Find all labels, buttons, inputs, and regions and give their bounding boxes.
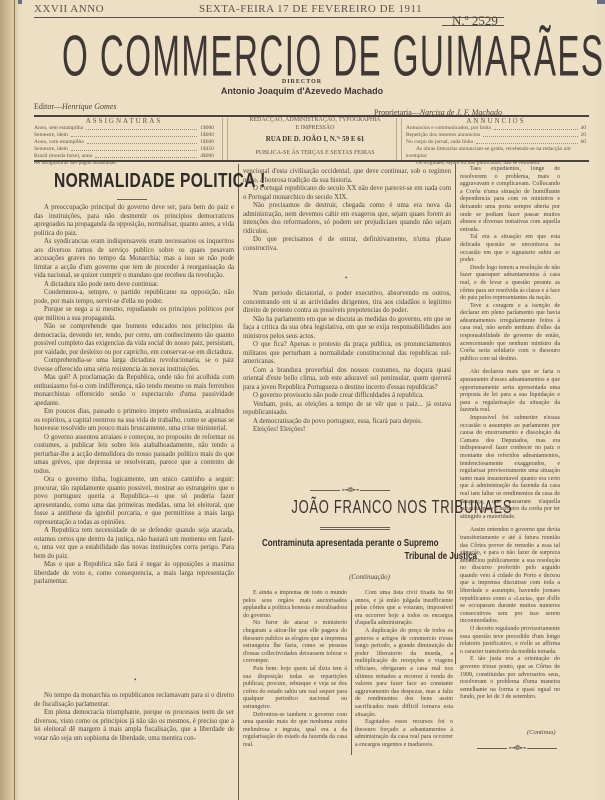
paragraph: O governo assentou arraiaes e começou, n… (34, 434, 234, 477)
paragraph: N'um periodo dictatorial, o poder execut… (243, 290, 451, 316)
row-label: Repetição dos mesmos annuncios (406, 132, 480, 139)
row-label: Semestre, idem (34, 146, 68, 153)
newspaper-page: XXVII ANNO SEXTA-FEIRA 17 DE FEVEREIRO D… (22, 0, 597, 800)
subscription-row: Anno, sem estampilha1$000 (34, 125, 214, 132)
divider (34, 17, 504, 18)
row-label: Semestre, idem (34, 132, 68, 139)
row-price: 20 (581, 132, 587, 139)
paragraph: Ahi declarou mais que se faria o apurame… (460, 369, 560, 415)
paragraph: A preoccupação principal do governo deve… (34, 204, 234, 238)
announcements-note: As obras litterarias annunciam-se gratis… (406, 146, 586, 160)
paragraph: Mas o que a Republica não fará é negar á… (34, 561, 234, 587)
paragraph: O governo provisorio não pode crear diff… (243, 392, 451, 401)
paragraph: Em plena democracia triumphante, porque … (34, 709, 234, 743)
continues-note: (Continua) (527, 729, 556, 736)
director-label: DIRECTOR (22, 79, 582, 85)
subhead-line2: Tribunal de Justiça (305, 550, 477, 563)
column-rule (238, 164, 239, 800)
announcements-heading: ANNUNCIOS (406, 118, 586, 125)
paragraph: A democratisação do povo portuguez, essa… (243, 418, 451, 427)
paragraph: Teve a coragem e a isenção de declarar e… (460, 303, 560, 364)
headline-rule (320, 529, 390, 530)
paragraph: Assim entendeu o governo que devia trans… (460, 527, 560, 626)
ornamental-divider: ⊶❁⊷ (310, 486, 390, 494)
paragraph: Do que precisamos é de entrar, definitiv… (243, 236, 451, 253)
row-label: Anno, sem estampilha (34, 125, 83, 132)
paragraph: Não precisamos de destruir, chegada como… (243, 202, 451, 236)
row-label: Annuncios e communicados, por linha (406, 125, 491, 132)
binding-spine (0, 0, 18, 800)
section-separator-star: • (134, 676, 136, 684)
headline-rule (117, 199, 147, 200)
paragraph: Porque se nega a si mesmo, repudiando os… (34, 306, 234, 323)
paragraph: A dictadura não pode nem deve continuar. (34, 281, 234, 290)
article2-column-a: E ainda a imprensa de todo o mundo pelos… (243, 590, 347, 755)
article1-column2: vencional d'esta civilisação occidental,… (243, 168, 451, 266)
article-subheadline: Contraminuta apresentada perante o Supre… (262, 537, 477, 563)
paragraph: E tão justa era a orientação do governo … (460, 656, 560, 702)
column-ornament (396, 118, 402, 160)
paragraph: O Portugal republicano do seculo XX não … (243, 185, 451, 202)
column-rule (455, 164, 456, 664)
article-headline: NORMALIDADE POLITICA ! (54, 170, 210, 193)
office-box: REDACÇÃO, ADMINISTRAÇÃO, TYPOGRAPHIA E I… (245, 116, 385, 157)
paragraph: No tempo da monarchia os republicanos re… (34, 692, 234, 709)
header-rule (34, 160, 589, 162)
paragraph: Não ha parlamento em que se discuta as m… (243, 316, 451, 342)
section-separator-star: • (345, 274, 347, 282)
article1-column2-continued: N'um periodo dictatorial, o poder execut… (243, 290, 451, 460)
editor-credit: Editor—Henrique Gomes (34, 102, 116, 111)
director-name: Antonio Joaquim d'Azevedo Machado (22, 86, 582, 96)
subhead-line1: Contraminuta apresentada perante o Supre… (262, 537, 434, 550)
row-price: 4$000 (200, 153, 214, 160)
paragraph: Condemnou-a, sempre, o partido republica… (34, 289, 234, 306)
announcement-row: No corpo do jornal, cada linha60 (406, 139, 586, 146)
paragraph: Comprehendia-se uma larga dictadura revo… (34, 357, 234, 374)
editor-label: Editor— (34, 102, 62, 111)
paragraph: O decreto regulando provisoriamente essa… (460, 626, 560, 656)
paragraph: Impossivel foi submetter n'essas occasiã… (460, 415, 560, 521)
paragraph: Mas quê! A proclamação da Republica, ond… (34, 374, 234, 408)
paragraph: Defrontou-se tambem o governo com uma qu… (243, 712, 347, 750)
subscriptions-heading: ASSIGNATURAS (34, 118, 214, 125)
paragraph: Ora o governo tinha, logicamente, um uni… (34, 476, 234, 527)
paragraph: O que fica? Apenas o protesto da praça p… (243, 341, 451, 367)
office-line2: E IMPRESSÃO (245, 124, 385, 132)
paragraph: Eleições! Eleições! (243, 426, 451, 435)
subscription-row: Brazil (moeda forte), anno4$000 (34, 153, 214, 160)
newspaper-title: O COMMERCIO DE GUIMARÃES (62, 24, 364, 87)
article2-column-c: Taes expedientes, longe de resolverem o … (460, 166, 560, 726)
subscription-row: Semestre, idem1$000 (34, 132, 214, 139)
announcement-row: Repetição dos mesmos annuncios20 (406, 132, 586, 139)
binding-edge (14, 0, 15, 800)
paragraph: Não se comprehende que homens educados n… (34, 323, 234, 357)
publication-days: PUBLICA-SE ÁS TERÇAS E SEXTAS FEIRAS (245, 149, 385, 157)
row-price: 60 (581, 139, 587, 146)
ornamental-divider: ⊶❁⊷ (477, 744, 557, 752)
subscription-row: Anno, com estampilha1$600 (34, 139, 214, 146)
paragraph: A duplicação do preço de todos os genero… (355, 628, 453, 719)
paragraph: Com uma lista civil fixada ha 90 annos, … (355, 590, 453, 628)
row-label: Brazil (moeda forte), anno (34, 153, 92, 160)
subscription-row: Semestre, idem1$450 (34, 146, 214, 153)
row-price: 1$600 (200, 139, 214, 146)
row-label: No corpo do jornal, cada linha (406, 139, 473, 146)
article2-column-b: Com uma lista civil fixada ha 90 annos, … (355, 590, 453, 755)
announcement-row: Annuncios e communicados, por linha40 (406, 125, 586, 132)
column-ornament (222, 118, 228, 160)
office-line1: REDACÇÃO, ADMINISTRAÇÃO, TYPOGRAPHIA (245, 116, 385, 124)
paragraph: A Republica tem necessidade de se defend… (34, 527, 234, 561)
column-rule (351, 600, 352, 755)
continuation-note: (Continuação) (262, 573, 477, 581)
paragraph: Taes expedientes, longe de resolverem o … (460, 166, 560, 234)
paragraph: Esgotados esses recursos foi o thesouro … (355, 719, 453, 749)
office-address: RUA DE D. JOÃO I, N.ºˢ 59 E 61 (245, 135, 385, 143)
issue-date: SEXTA-FEIRA 17 DE FEVEREIRO DE 1911 (199, 3, 422, 15)
row-price: 1$000 (200, 132, 214, 139)
row-price: 1$450 (200, 146, 214, 153)
paragraph: Venham, pois, as eleições a tempo de se … (243, 401, 451, 418)
article1-column1-continued: No tempo da monarchia os republicanos re… (34, 692, 234, 744)
paragraph: vencional d'esta civilisação occidental,… (243, 168, 451, 185)
paragraph: No furor de atacar o ministerio chegaram… (243, 620, 347, 666)
paragraph: Com a brandura proverbial dos nossos cos… (243, 367, 451, 393)
paragraph: Tal era a situação em que esta delicada … (460, 234, 560, 264)
row-price: 40 (581, 125, 587, 132)
paragraph: E ainda a imprensa de todo o mundo pelos… (243, 590, 347, 620)
paragraph: Pois bem: hoje quem tal dizia tem á sua … (243, 666, 347, 712)
paragraph: As syndicancias eram indispensaveis eram… (34, 238, 234, 281)
editor-name: Henrique Gomes (62, 102, 116, 111)
article1-column1: A preoccupação principal do governo deve… (34, 204, 234, 634)
article-headline: JOÃO FRANCO NOS TRIBUNAES (291, 497, 442, 518)
paragraph: Em poucos dias, passado o primeiro impet… (34, 408, 234, 434)
row-label: Anno, com estampilha (34, 139, 84, 146)
volume-label: XXVII ANNO (34, 3, 104, 15)
row-price: 1$000 (200, 125, 214, 132)
paragraph: Desde logo tomou a resolução de não faze… (460, 265, 560, 303)
headline-rule (320, 527, 390, 528)
